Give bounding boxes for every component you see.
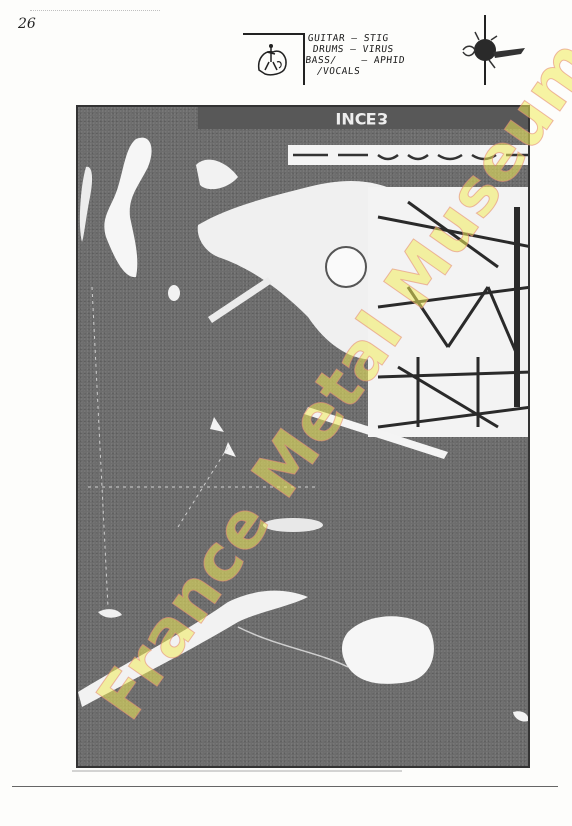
band-logo-icon — [253, 40, 293, 80]
ink-splat-icon — [455, 10, 535, 90]
credit-line: /VOCALS — [304, 66, 405, 77]
scan-artifact-top — [30, 2, 160, 11]
photo-shapes: ƐƎϽNI — [78, 107, 530, 768]
page-number: 26 — [18, 16, 36, 32]
credit-line: GUITAR — STIG — [307, 33, 408, 44]
credit-line: DRUMS — VIRUS — [306, 44, 407, 55]
band-credits: GUITAR — STIG DRUMS — VIRUS BASS/ — APHI… — [304, 33, 408, 77]
credit-line: BASS/ — APHID — [305, 55, 406, 66]
scan-artifact-bottom — [72, 770, 402, 772]
page-bottom-rule — [12, 786, 558, 787]
banner-text: ƐƎϽNI — [335, 109, 388, 128]
photocopied-band-photo: ƐƎϽNI — [76, 105, 530, 768]
